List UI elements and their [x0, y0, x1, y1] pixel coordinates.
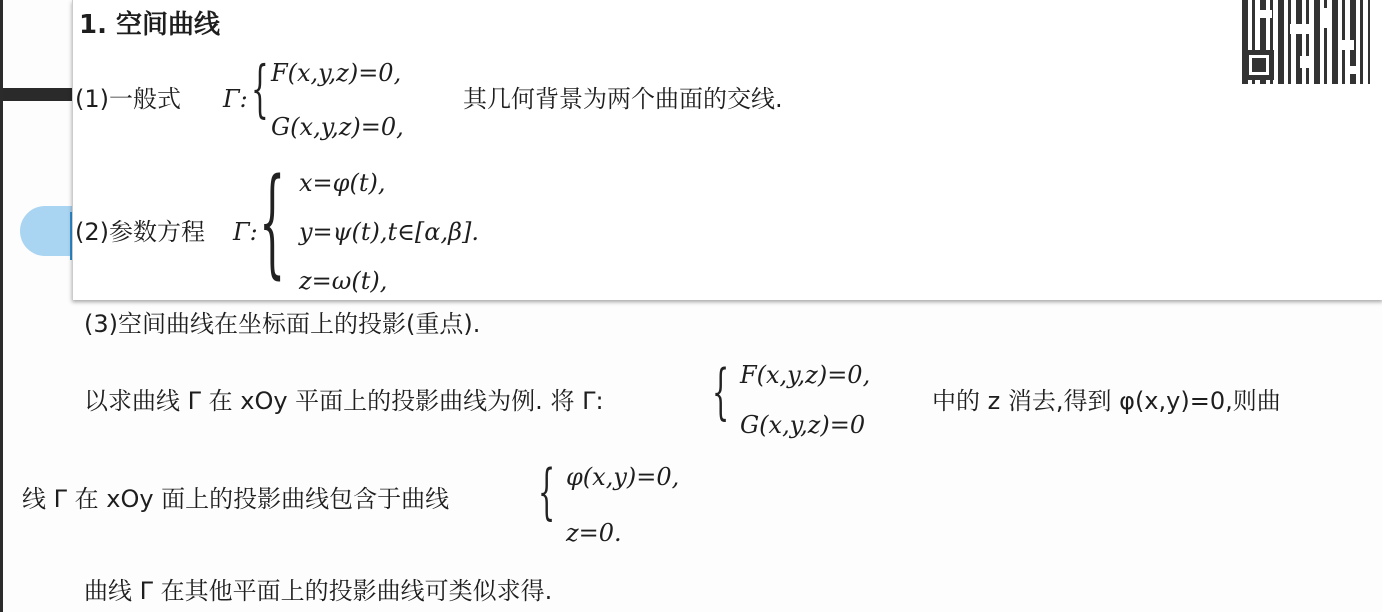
- projection-eq-2: G(x,y,z)=0: [740, 410, 865, 440]
- brace-icon: {: [712, 362, 729, 422]
- projection-eq-1: F(x,y,z)=0,: [740, 360, 870, 390]
- projection-line3: 曲线 Γ 在其他平面上的投影曲线可类似求得.: [84, 576, 552, 606]
- item-1-note: 其几何背景为两个曲面的交线.: [463, 84, 783, 114]
- brace-icon: {: [538, 462, 555, 522]
- item-2-label: (2)参数方程: [75, 217, 205, 247]
- item-2-eq-3: z=ω(t),: [299, 266, 387, 296]
- projection-line1-suffix: 中的 z 消去,得到 φ(x,y)=0,则曲: [932, 386, 1281, 416]
- item-3-heading: (3)空间曲线在坐标面上的投影(重点).: [84, 309, 480, 339]
- item-1-label: (1)一般式: [75, 84, 181, 114]
- item-2-symbol: Γ:: [233, 217, 258, 247]
- item-2-eq-2: y=ψ(t),t∈[α,β].: [299, 217, 479, 247]
- dark-marker-bar: [3, 88, 75, 101]
- item-1-eq-1: F(x,y,z)=0,: [271, 58, 401, 88]
- item-1-symbol: Γ:: [223, 84, 248, 114]
- projection2-eq-1: φ(x,y)=0,: [566, 462, 679, 492]
- item-1-eq-2: G(x,y,z)=0,: [271, 112, 404, 142]
- section-title: 1. 空间曲线: [79, 10, 220, 40]
- overlay-card: 1. 空间曲线 (1)一般式 Γ: { F(x,y,z)=0, G(x,y,z)…: [72, 0, 1382, 300]
- brace-icon: {: [259, 162, 285, 280]
- projection2-eq-2: z=0.: [566, 518, 622, 548]
- item-2-eq-1: x=φ(t),: [299, 168, 385, 198]
- projection-line2-prefix: 线 Γ 在 xOy 面上的投影曲线包含于曲线: [22, 484, 449, 514]
- brace-icon: {: [251, 58, 269, 120]
- projection-line1-prefix: 以求曲线 Γ 在 xOy 平面上的投影曲线为例. 将 Γ:: [84, 386, 604, 416]
